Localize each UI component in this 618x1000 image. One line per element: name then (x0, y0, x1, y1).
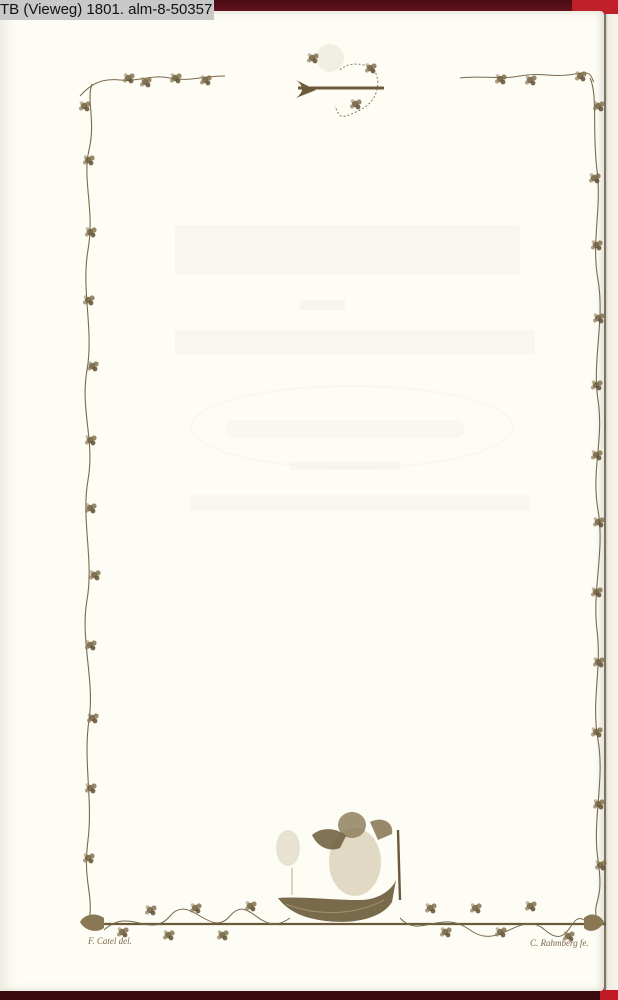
rod-end-right (584, 915, 604, 931)
engraved-border (0, 0, 618, 1000)
engraver-signature-left: F. Catel del. (88, 936, 132, 946)
rod-end-left (80, 915, 104, 931)
trumpet-ornament (296, 44, 384, 116)
right-vine (590, 78, 600, 915)
putto-shell-ornament (276, 812, 400, 922)
engraver-signature-right: C. Rahmberg fe. (530, 938, 589, 948)
image-caption: TB (Vieweg) 1801. alm-8-50357 (0, 0, 214, 20)
